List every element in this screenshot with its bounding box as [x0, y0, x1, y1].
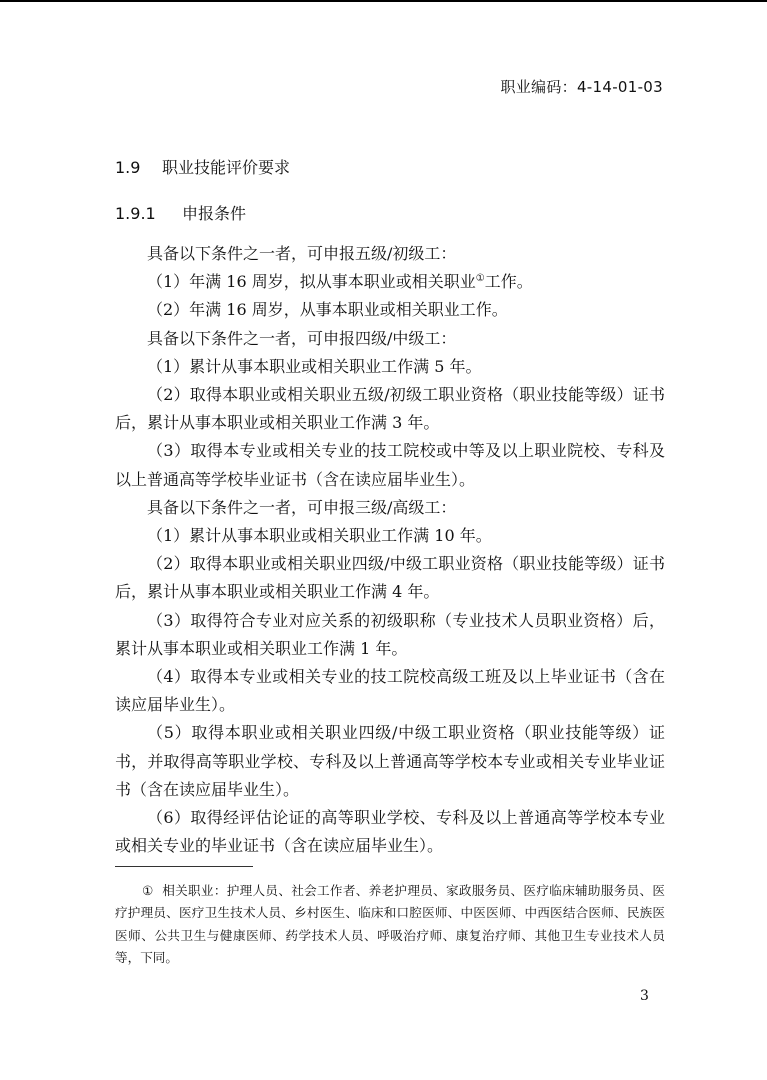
section-heading: 1.9职业技能评价要求	[115, 155, 290, 178]
paragraph: （5）取得本职业或相关职业四级/中级工职业资格（职业技能等级）证书，并取得高等职…	[115, 719, 665, 804]
paragraph: （6）取得经评估论证的高等职业学校、专科及以上普通高等学校本专业或相关专业的毕业…	[115, 804, 665, 860]
paragraph: （3）取得符合专业对应关系的初级职称（专业技术人员职业资格）后，累计从事本职业或…	[115, 607, 665, 663]
section-title: 职业技能评价要求	[162, 158, 290, 177]
paragraph: （3）取得本专业或相关专业的技工院校或中等及以上职业院校、专科及以上普通高等学校…	[115, 437, 665, 493]
paragraph: （2）取得本职业或相关职业四级/中级工职业资格（职业技能等级）证书后，累计从事本…	[115, 550, 665, 606]
paragraph: （2）取得本职业或相关职业五级/初级工职业资格（职业技能等级）证书后，累计从事本…	[115, 381, 665, 437]
paragraph: 具备以下条件之一者，可申报四级/中级工：	[115, 325, 665, 353]
paragraph: （1）累计从事本职业或相关职业工作满 5 年。	[115, 353, 665, 381]
body-text: 具备以下条件之一者，可申报五级/初级工： （1）年满 16 周岁，拟从事本职业或…	[115, 240, 665, 860]
section-number: 1.9	[115, 158, 162, 177]
paragraph: （1）年满 16 周岁，拟从事本职业或相关职业①工作。	[115, 268, 665, 296]
top-border	[0, 0, 767, 2]
footnote-text: 相关职业：护理人员、社会工作者、养老护理员、家政服务员、医疗临床辅助服务员、医疗…	[115, 883, 665, 965]
subsection-heading: 1.9.1申报条件	[115, 201, 246, 224]
occupation-code: 职业编码：4-14-01-03	[500, 76, 663, 97]
subsection-number: 1.9.1	[115, 204, 182, 223]
footnote-divider	[115, 866, 253, 867]
paragraph: 具备以下条件之一者，可申报五级/初级工：	[115, 240, 665, 268]
footnote: ① 相关职业：护理人员、社会工作者、养老护理员、家政服务员、医疗临床辅助服务员、…	[115, 880, 665, 969]
paragraph: 具备以下条件之一者，可申报三级/高级工：	[115, 494, 665, 522]
paragraph: （1）累计从事本职业或相关职业工作满 10 年。	[115, 522, 665, 550]
paragraph: （2）年满 16 周岁，从事本职业或相关职业工作。	[115, 296, 665, 324]
paragraph: （4）取得本专业或相关专业的技工院校高级工班及以上毕业证书（含在读应届毕业生）。	[115, 663, 665, 719]
subsection-title: 申报条件	[182, 204, 246, 223]
footnote-marker: ①	[142, 883, 154, 898]
page-number: 3	[640, 988, 649, 1004]
footnote-ref[interactable]: ①	[476, 273, 485, 284]
